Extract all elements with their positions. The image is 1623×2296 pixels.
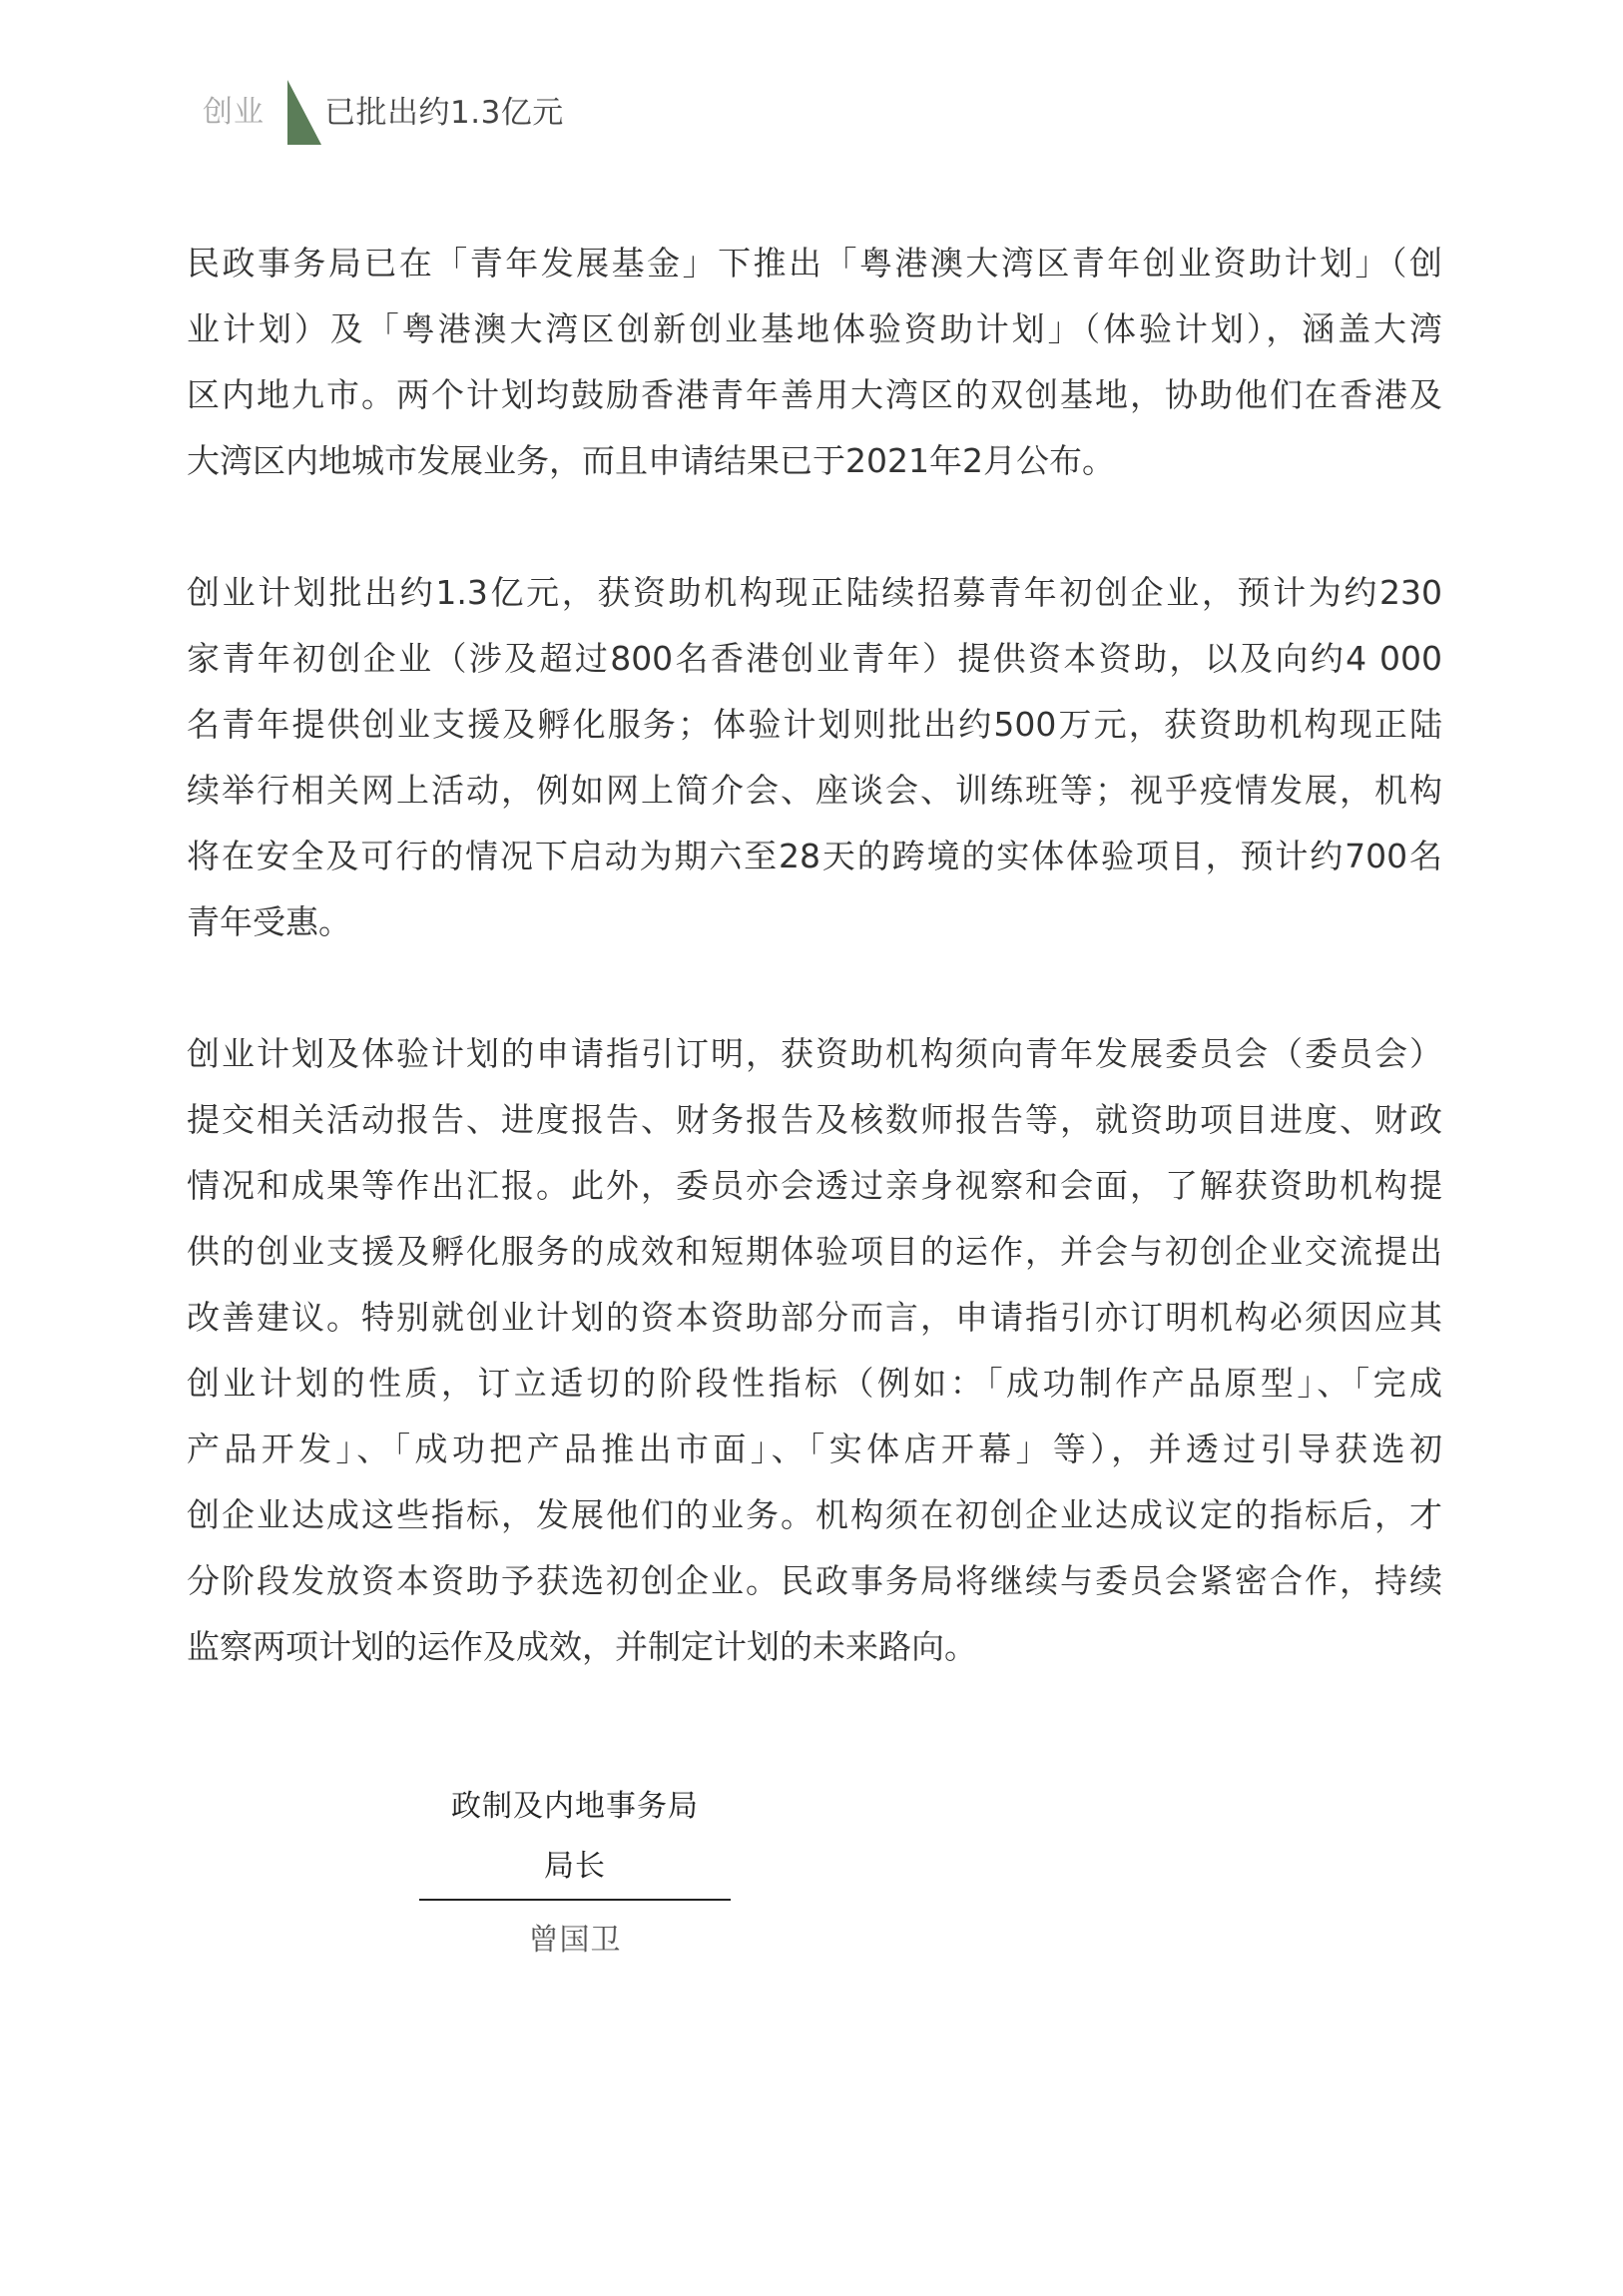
text-line: 改善建议。特别就创业计划的资本资助部分而言，申请指引亦订明机构必须因应其 — [187, 1285, 1442, 1351]
paragraph-1: 民政事务局已在「青年发展基金」下推出「粤港澳大湾区青年创业资助计划」（创 业计划… — [187, 231, 1442, 494]
signature-organization: 政制及内地事务局 — [419, 1777, 731, 1837]
text-line: 创业计划的性质，订立适切的阶段性指标（例如：「成功制作产品原型」、「完成 — [187, 1351, 1442, 1417]
signature-title: 局长 — [419, 1837, 731, 1897]
section-heading: 创业 已批出约1.3亿元 — [203, 80, 564, 146]
paragraph-2: 创业计划批出约1.3亿元，获资助机构现正陆续招募青年初创企业，预计为约230 家… — [187, 560, 1442, 955]
paragraph-3: 创业计划及体验计划的申请指引订明，获资助机构须向青年发展委员会（委员会） 提交相… — [187, 1021, 1442, 1680]
text-line: 供的创业支援及孵化服务的成效和短期体验项目的运作，并会与初创企业交流提出 — [187, 1219, 1442, 1285]
text-line: 产品开发」、「成功把产品推出市面」、「实体店开幕」等），并透过引导获选初 — [187, 1417, 1442, 1482]
text-line: 分阶段发放资本资助予获选初创企业。民政事务局将继续与委员会紧密合作，持续 — [187, 1548, 1442, 1614]
text-line: 创企业达成这些指标，发展他们的业务。机构须在初创企业达成议定的指标后，才 — [187, 1482, 1442, 1548]
text-line: 续举行相关网上活动，例如网上简介会、座谈会、训练班等；视乎疫情发展，机构 — [187, 758, 1442, 824]
section-category: 创业 — [203, 95, 287, 131]
text-line: 业计划）及「粤港澳大湾区创新创业基地体验资助计划」（体验计划），涵盖大湾 — [187, 296, 1442, 362]
text-line: 情况和成果等作出汇报。此外，委员亦会透过亲身视察和会面，了解获资助机构提 — [187, 1153, 1442, 1219]
text-line: 区内地九市。两个计划均鼓励香港青年善用大湾区的双创基地，协助他们在香港及 — [187, 362, 1442, 428]
text-line: 民政事务局已在「青年发展基金」下推出「粤港澳大湾区青年创业资助计划」（创 — [187, 231, 1442, 296]
signature-name: 曾国卫 — [419, 1911, 731, 1971]
text-line: 家青年初创企业（涉及超过800名香港创业青年）提供资本资助，以及向约4 000 — [187, 626, 1442, 692]
text-line: 创业计划批出约1.3亿元，获资助机构现正陆续招募青年初创企业，预计为约230 — [187, 560, 1442, 626]
text-line: 创业计划及体验计划的申请指引订明，获资助机构须向青年发展委员会（委员会） — [187, 1021, 1442, 1087]
section-title: 已批出约1.3亿元 — [324, 95, 564, 131]
text-line: 名青年提供创业支援及孵化服务；体验计划则批出约500万元，获资助机构现正陆 — [187, 692, 1442, 758]
signature-divider — [419, 1899, 731, 1901]
signature-block: 政制及内地事务局 局长 曾国卫 — [419, 1777, 731, 1971]
text-line: 青年受惠。 — [187, 889, 1442, 955]
text-line: 大湾区内地城市发展业务，而且申请结果已于2021年2月公布。 — [187, 428, 1442, 494]
text-line: 将在安全及可行的情况下启动为期六至28天的跨境的实体体验项目，预计约700名 — [187, 824, 1442, 889]
text-line: 提交相关活动报告、进度报告、财务报告及核数师报告等，就资助项目进度、财政 — [187, 1087, 1442, 1153]
text-line: 监察两项计划的运作及成效，并制定计划的未来路向。 — [187, 1614, 1442, 1680]
triangle-accent-icon — [287, 80, 321, 145]
article-body: 民政事务局已在「青年发展基金」下推出「粤港澳大湾区青年创业资助计划」（创 业计划… — [187, 231, 1442, 1746]
